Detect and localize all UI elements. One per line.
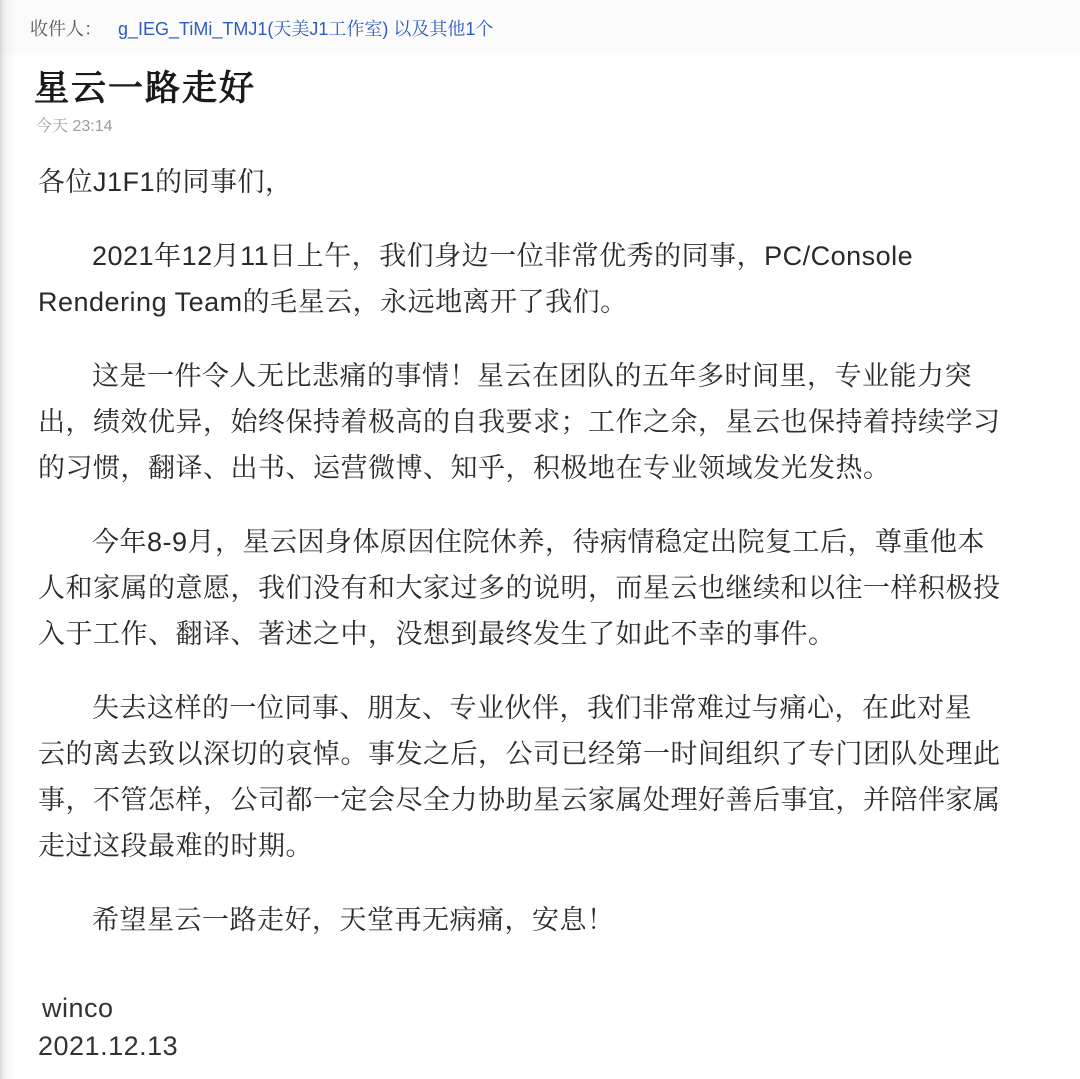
body-paragraph: 今年8-9月，星云因身体原因住院休养，待病情稳定出院复工后，尊重他本 人和家属的… [38, 519, 1048, 657]
body-paragraph: 失去这样的一位同事、朋友、专业伙伴，我们非常难过与痛心，在此对星 云的离去致以深… [38, 685, 1048, 869]
email-subject: 星云一路走好 [34, 69, 1080, 109]
email-timestamp: 今天 23:14 [36, 117, 1080, 137]
recipient-link[interactable]: g_IEG_TiMi_TMJ1(天美J1工作室) 以及其他1个 [118, 19, 493, 39]
body-paragraph: 这是一件令人无比悲痛的事情！星云在团队的五年多时间里，专业能力突 出，绩效优异，… [38, 353, 1048, 491]
email-body: 各位J1F1的同事们， 2021年12月11日上午，我们身边一位非常优秀的同事，… [38, 159, 1048, 1065]
email-content: 收件人：g_IEG_TiMi_TMJ1(天美J1工作室) 以及其他1个 星云一路… [0, 0, 1080, 1065]
body-paragraph: 希望星云一路走好，天堂再无病痛，安息！ [38, 897, 1048, 943]
signature-block: winco 2021.12.13 [38, 989, 1048, 1065]
greeting-line: 各位J1F1的同事们， [38, 159, 1048, 205]
email-view: 收件人：g_IEG_TiMi_TMJ1(天美J1工作室) 以及其他1个 星云一路… [0, 0, 1080, 1079]
body-paragraph: 2021年12月11日上午，我们身边一位非常优秀的同事，PC/Console R… [38, 233, 1048, 325]
recipient-label: 收件人： [30, 19, 102, 39]
signature-name: winco [38, 989, 1048, 1027]
signature-date: 2021.12.13 [38, 1027, 1048, 1065]
recipient-row: 收件人：g_IEG_TiMi_TMJ1(天美J1工作室) 以及其他1个 [0, 0, 1080, 42]
